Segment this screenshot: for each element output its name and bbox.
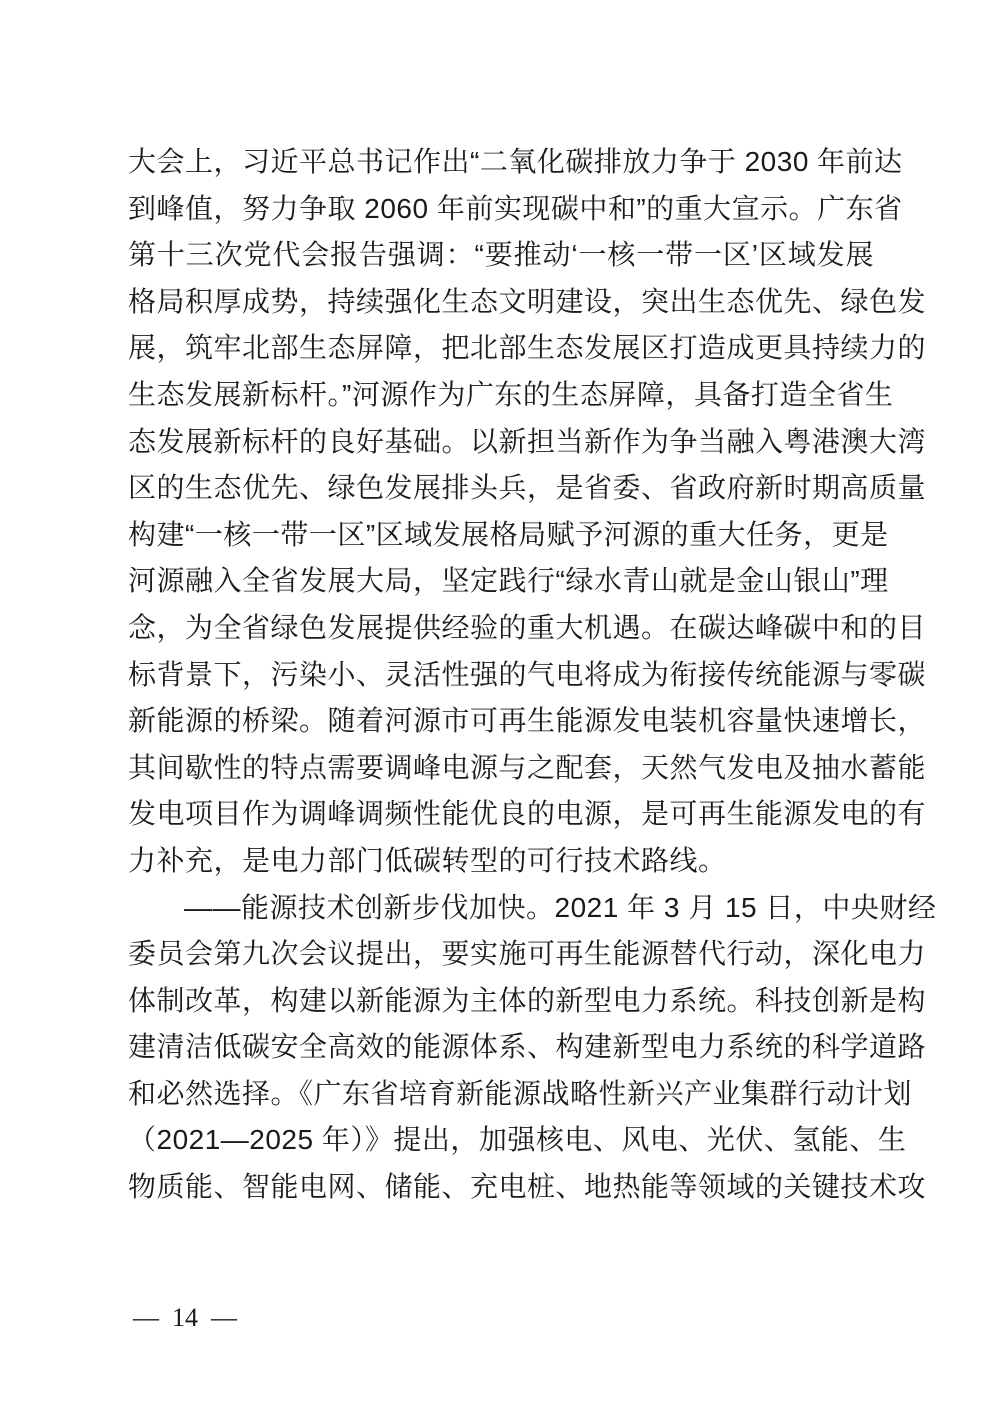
footer-dash-right: — [211,1303,237,1333]
document-page: 大会上，习近平总书记作出“二氧化碳排放力争于 2030 年前达到峰值，努力争取 … [0,0,1000,1414]
text-line: 生态发展新标杆。”河源作为广东的生态屏障，具备打造全省生 [128,372,874,419]
text-block: 大会上，习近平总书记作出“二氧化碳排放力争于 2030 年前达到峰值，努力争取 … [128,139,874,1211]
text-line: 大会上，习近平总书记作出“二氧化碳排放力争于 2030 年前达 [128,139,874,186]
text-line: 力补充，是电力部门低碳转型的可行技术路线。 [128,838,874,885]
text-line: 发电项目作为调峰调频性能优良的电源，是可再生能源发电的有 [128,791,874,838]
text-line: 念，为全省绿色发展提供经验的重大机遇。在碳达峰碳中和的目 [128,605,874,652]
text-line: 和必然选择。《广东省培育新能源战略性新兴产业集群行动计划 [128,1071,874,1118]
text-line: 河源融入全省发展大局，坚定践行“绿水青山就是金山银山”理 [128,558,874,605]
text-line: （2021—2025 年）》提出，加强核电、风电、光伏、氢能、生 [128,1117,874,1164]
text-line: ——能源技术创新步伐加快。2021 年 3 月 15 日，中央财经 [128,885,874,932]
text-line: 委员会第九次会议提出，要实施可再生能源替代行动，深化电力 [128,931,874,978]
page-number: 14 [172,1303,198,1333]
text-line: 区的生态优先、绿色发展排头兵，是省委、省政府新时期高质量 [128,465,874,512]
text-line: 建清洁低碳安全高效的能源体系、构建新型电力系统的科学道路 [128,1024,874,1071]
text-line: 格局积厚成势，持续强化生态文明建设，突出生态优先、绿色发 [128,279,874,326]
page-footer: — 14 — [133,1303,237,1333]
text-line: 展，筑牢北部生态屏障，把北部生态发展区打造成更具持续力的 [128,325,874,372]
text-line: 新能源的桥梁。随着河源市可再生能源发电装机容量快速增长， [128,698,874,745]
text-line: 体制改革，构建以新能源为主体的新型电力系统。科技创新是构 [128,978,874,1025]
footer-dash-left: — [133,1303,159,1333]
text-line: 其间歇性的特点需要调峰电源与之配套，天然气发电及抽水蓄能 [128,745,874,792]
text-line: 态发展新标杆的良好基础。以新担当新作为争当融入粤港澳大湾 [128,419,874,466]
text-line: 第十三次党代会报告强调：“要推动‘一核一带一区’区域发展 [128,232,874,279]
text-line: 到峰值，努力争取 2060 年前实现碳中和”的重大宣示。广东省 [128,186,874,233]
text-line: 物质能、智能电网、储能、充电桩、地热能等领域的关键技术攻 [128,1164,874,1211]
text-line: 标背景下，污染小、灵活性强的气电将成为衔接传统能源与零碳 [128,652,874,699]
text-line: 构建“一核一带一区”区域发展格局赋予河源的重大任务，更是 [128,512,874,559]
